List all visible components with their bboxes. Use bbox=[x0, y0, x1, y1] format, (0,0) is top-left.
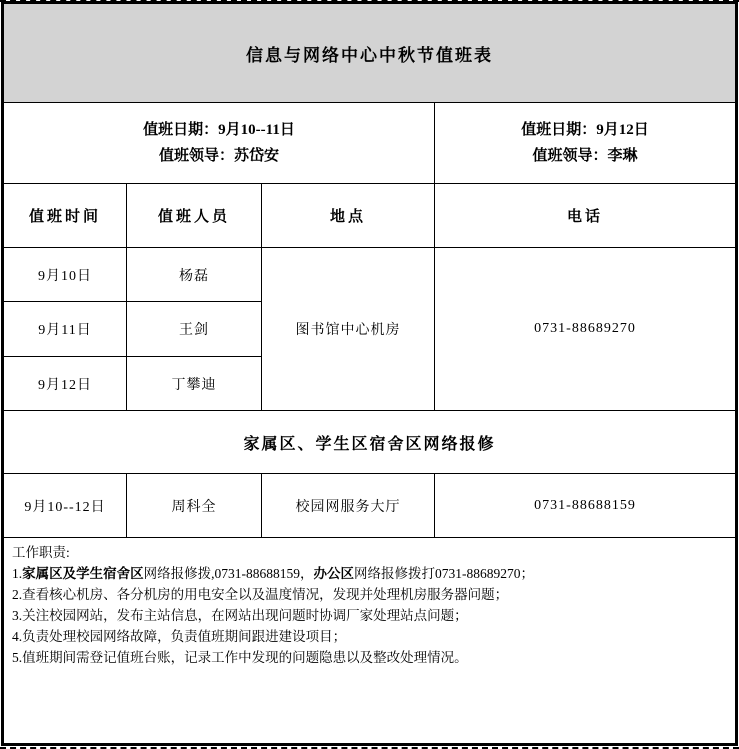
duty-date-left: 值班日期：9月10--11日 bbox=[6, 117, 432, 143]
duty-date-cell: 9月12日 bbox=[3, 357, 127, 411]
notes-item-1: 1.家属区及学生宿舍区网络报修拨,0731-88688159，办公区网络报修拨打… bbox=[12, 563, 727, 584]
duty-location-cell: 图书馆中心机房 bbox=[262, 248, 435, 411]
column-header-time: 值班时间 bbox=[3, 184, 127, 248]
duty-date-cell: 9月11日 bbox=[3, 302, 127, 357]
table-row: 9月10--12日 周科全 校园网服务大厅 0731-88688159 bbox=[3, 474, 737, 538]
leaders-cell-left: 值班日期：9月10--11日 值班领导：苏岱安 bbox=[3, 103, 435, 184]
duty-phone-cell: 0731-88689270 bbox=[435, 248, 737, 411]
column-header-location: 地点 bbox=[262, 184, 435, 248]
duty-leader-left: 值班领导：苏岱安 bbox=[6, 143, 432, 169]
repair-phone-cell: 0731-88688159 bbox=[435, 474, 737, 538]
column-header-phone: 电话 bbox=[435, 184, 737, 248]
duty-date-right: 值班日期：9月12日 bbox=[437, 117, 733, 143]
notes-item-1-prefix: 1. bbox=[12, 566, 22, 581]
notes-item-5: 5.值班期间需登记值班台账，记录工作中发现的问题隐患以及整改处理情况。 bbox=[12, 647, 727, 668]
column-header-person: 值班人员 bbox=[127, 184, 262, 248]
notes-item-1-bold-office: 办公区 bbox=[314, 566, 355, 581]
notes-item-1-text: 网络报修拨,0731-88688159， bbox=[144, 566, 314, 581]
duty-person-cell: 王剑 bbox=[127, 302, 262, 357]
notes-item-3: 3.关注校园网站，发布主站信息，在网站出现问题时协调厂家处理站点问题； bbox=[12, 605, 727, 626]
duty-schedule-table: 信息与网络中心中秋节值班表 值班日期：9月10--11日 值班领导：苏岱安 值班… bbox=[1, 1, 738, 746]
repair-location-cell: 校园网服务大厅 bbox=[262, 474, 435, 538]
repair-person-cell: 周科全 bbox=[127, 474, 262, 538]
duty-person-cell: 丁攀迪 bbox=[127, 357, 262, 411]
leaders-cell-right: 值班日期：9月12日 值班领导：李琳 bbox=[435, 103, 737, 184]
notes-heading: 工作职责: bbox=[12, 542, 727, 563]
duty-leader-right: 值班领导：李琳 bbox=[437, 143, 733, 169]
notes-item-4: 4.负责处理校园网络故障，负责值班期间跟进建设项目； bbox=[12, 626, 727, 647]
repair-date-cell: 9月10--12日 bbox=[3, 474, 127, 538]
duty-schedule-document: 信息与网络中心中秋节值班表 值班日期：9月10--11日 值班领导：苏岱安 值班… bbox=[0, 0, 739, 749]
notes-item-2: 2.查看核心机房、各分机房的用电安全以及温度情况，发现并处理机房服务器问题； bbox=[12, 584, 727, 605]
table-title: 信息与网络中心中秋节值班表 bbox=[3, 3, 737, 103]
notes-block: 工作职责: 1.家属区及学生宿舍区网络报修拨,0731-88688159，办公区… bbox=[3, 538, 737, 745]
repair-section-title: 家属区、学生区宿舍区网络报修 bbox=[3, 411, 737, 474]
notes-item-1-text2: 网络报修拨打0731-88689270； bbox=[354, 566, 534, 581]
duty-person-cell: 杨磊 bbox=[127, 248, 262, 302]
notes-item-1-bold-area: 家属区及学生宿舍区 bbox=[22, 566, 144, 581]
table-row: 9月10日 杨磊 图书馆中心机房 0731-88689270 bbox=[3, 248, 737, 302]
duty-date-cell: 9月10日 bbox=[3, 248, 127, 302]
